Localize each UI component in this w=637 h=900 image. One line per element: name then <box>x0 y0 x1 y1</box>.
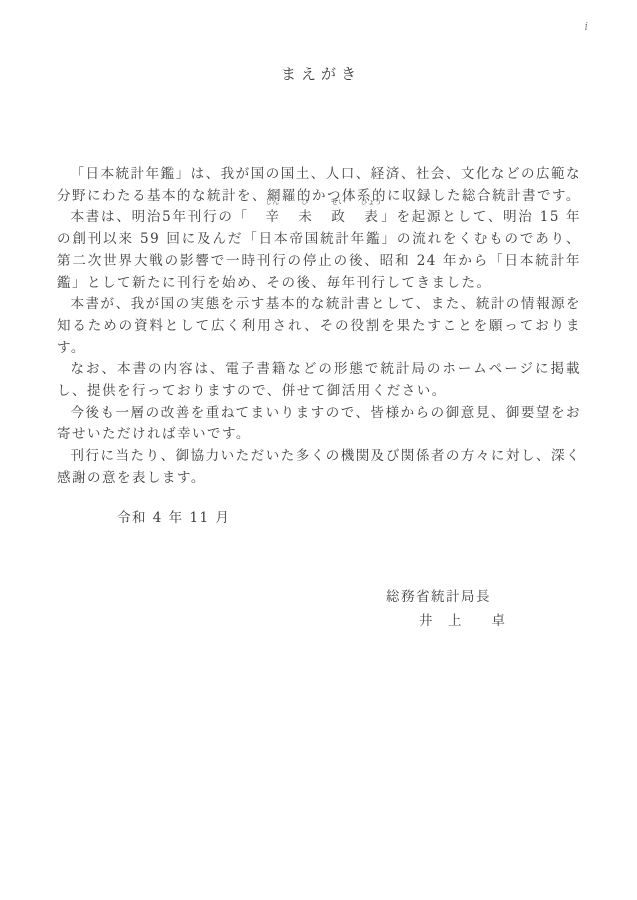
document-page: i まえがき 「日本統計年鑑」は、我が国の国土、人口、経済、社会、文化などの広範… <box>0 0 637 900</box>
ruby-annotated-char: せい政 <box>318 207 345 229</box>
furigana: び <box>288 199 309 206</box>
ruby-annotated-char: ひょう表 <box>351 207 378 229</box>
page-title: まえがき <box>0 63 637 84</box>
ruby-base: 政 <box>331 209 345 225</box>
page-number: i <box>584 20 588 33</box>
ruby-base: 表 <box>364 209 378 225</box>
paragraph-history: 本書は、明治5年刊行の「しん辛び未せい政ひょう表」を起源として、明治 15 年の… <box>57 207 581 294</box>
ruby-annotated-char: しん辛 <box>252 207 279 229</box>
preface-body: 「日本統計年鑑」は、我が国の国土、人口、経済、社会、文化などの広範な分野にわたる… <box>57 164 581 490</box>
signature-title: 総務省統計局長 <box>386 585 491 605</box>
paragraph-thanks: 刊行に当たり、御協力いただいた多くの機関及び関係者の方々に対し、深く感謝の意を表… <box>57 446 581 489</box>
ruby-base: 辛 <box>265 209 279 225</box>
paragraph-role: 本書が、我が国の実態を示す基本的な統計書として、また、統計の情報源を知るための資… <box>57 294 581 359</box>
ruby-base: 未 <box>298 209 312 225</box>
furigana: せい <box>318 199 346 206</box>
ruby-annotated-char: び未 <box>285 207 312 229</box>
paragraph-history-pre: 本書は、明治5年刊行の「 <box>71 209 249 225</box>
paragraph-online: なお、本書の内容は、電子書籍などの形態で統計局のホームページに掲載し、提供を行っ… <box>57 359 581 402</box>
furigana: しん <box>252 199 280 206</box>
signature-name: 井 上 卓 <box>419 609 506 629</box>
paragraph-feedback: 今後も一層の改善を重ねてまいりますので、皆様からの御意見、御要望をお寄せいただけ… <box>57 403 581 446</box>
publication-date: 令和 4 年 11 月 <box>117 506 230 526</box>
furigana: ひょう <box>347 199 382 206</box>
